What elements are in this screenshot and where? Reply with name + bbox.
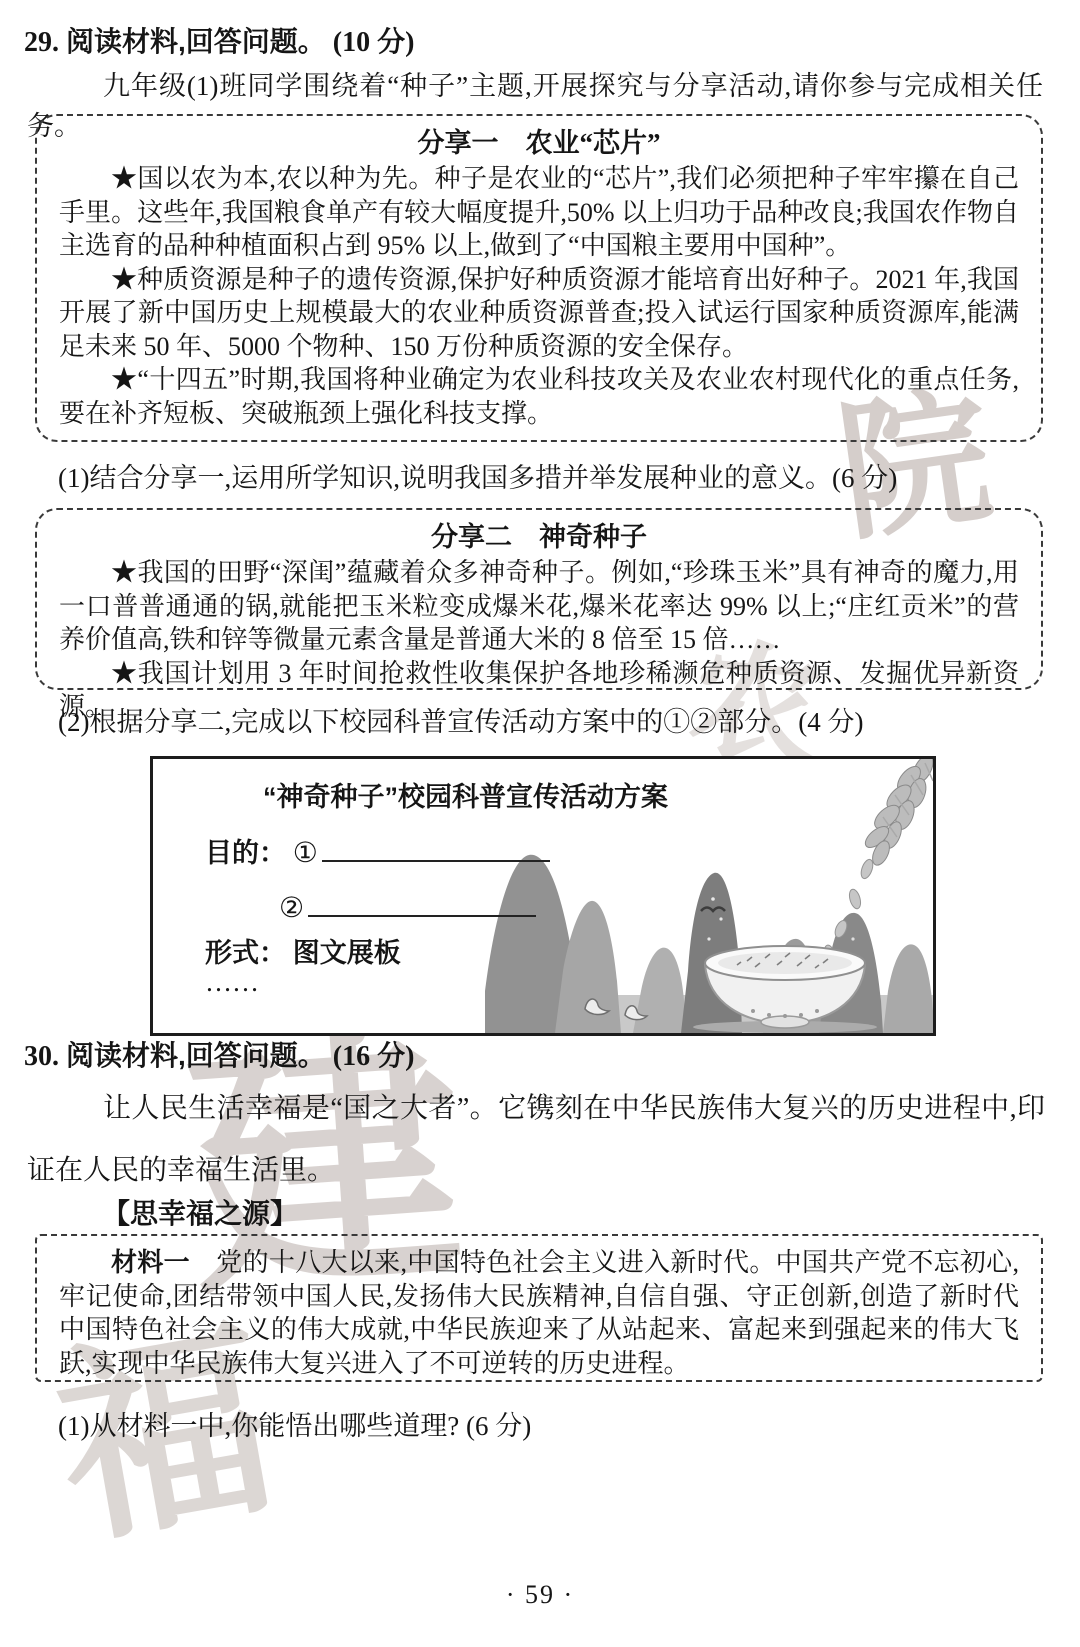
question-30-title: 阅读材料,回答问题。 [66, 1040, 326, 1071]
plan-form-label: 形式： [205, 938, 286, 968]
plan-blank-2-marker: ② [279, 893, 304, 924]
question-30-part-1: (1)从材料一中,你能悟出哪些道理? (6 分) [58, 1404, 531, 1443]
material-1-text: 党的十八大以来,中国特色社会主义进入新时代。中国共产党不忘初心,牢记使命,团结带… [59, 1248, 1019, 1378]
share-1-title: 分享一 农业“芯片” [59, 124, 1019, 162]
question-30-number: 30. [24, 1041, 59, 1072]
question-29-part-1: (1)结合分享一,运用所学知识,说明我国多措并举发展种业的意义。(6 分) [58, 456, 897, 495]
question-30-header: 30. 阅读材料,回答问题。 (16 分) [24, 1034, 414, 1074]
section-heading-happiness-source: 【思幸福之源】 [102, 1192, 298, 1232]
share-1-paragraph-3: ★“十四五”时期,我国将种业确定为农业科技攻关及农业农村现代化的重点任务,要在补… [59, 363, 1019, 430]
material-1-paragraph: 材料一 党的十八大以来,中国特色社会主义进入新时代。中国共产党不忘初心,牢记使命… [59, 1246, 1019, 1380]
plan-blank-1-marker: ① [293, 838, 318, 869]
question-29-number: 29. [24, 27, 59, 58]
wheat-ear-illustration [862, 759, 933, 868]
material-1-box: 材料一 党的十八大以来,中国特色社会主义进入新时代。中国共产党不忘初心,牢记使命… [35, 1234, 1043, 1382]
question-30-intro: 让人民生活幸福是“国之大者”。它镌刻在中华民族伟大复兴的历史进程中,印证在人民的… [27, 1078, 1045, 1202]
question-29-score: (10 分) [333, 27, 415, 58]
share-1-box: 分享一 农业“芯片” ★国以农为本,农以种为先。种子是农业的“芯片”,我们必须把… [35, 114, 1043, 442]
material-1-label: 材料一 [111, 1247, 190, 1277]
share-2-title: 分享二 神奇种子 [59, 518, 1019, 556]
question-29-part-2: (2)根据分享二,完成以下校园科普宣传活动方案中的①②部分。(4 分) [58, 700, 863, 739]
plan-form-row: 形式： 图文展板 [205, 931, 401, 970]
page-number: · 59 · [0, 1580, 1080, 1610]
activity-plan-card: “神奇种子”校园科普宣传活动方案 目的： ① ② 形式： 图文展板 …… [150, 756, 936, 1036]
plan-purpose-row-1: 目的： ① [205, 831, 550, 870]
activity-plan-title: “神奇种子”校园科普宣传活动方案 [263, 775, 668, 814]
question-29-header: 29. 阅读材料,回答问题。 (10 分) [24, 20, 414, 60]
question-30-score: (16 分) [333, 1041, 415, 1072]
question-29-title: 阅读材料,回答问题。 [66, 26, 326, 57]
plan-ellipsis: …… [205, 967, 259, 998]
share-2-paragraph-1: ★我国的田野“深闺”蕴藏着众多神奇种子。例如,“珍珠玉米”具有神奇的魔力,用一口… [59, 556, 1019, 657]
plan-purpose-row-2: ② [279, 889, 536, 925]
share-2-box: 分享二 神奇种子 ★我国的田野“深闺”蕴藏着众多神奇种子。例如,“珍珠玉米”具有… [35, 508, 1043, 690]
plan-blank-1-line [322, 834, 550, 862]
share-1-paragraph-2: ★种质资源是种子的遗传资源,保护好种质资源才能培育出好种子。2021 年,我国开… [59, 263, 1019, 364]
plan-form-value: 图文展板 [293, 938, 401, 968]
plan-purpose-label: 目的： [205, 838, 286, 868]
share-1-paragraph-1: ★国以农为本,农以种为先。种子是农业的“芯片”,我们必须把种子牢牢攥在自己手里。… [59, 162, 1019, 263]
plan-blank-2-line [308, 889, 536, 917]
mountains-illustration [485, 855, 933, 1033]
